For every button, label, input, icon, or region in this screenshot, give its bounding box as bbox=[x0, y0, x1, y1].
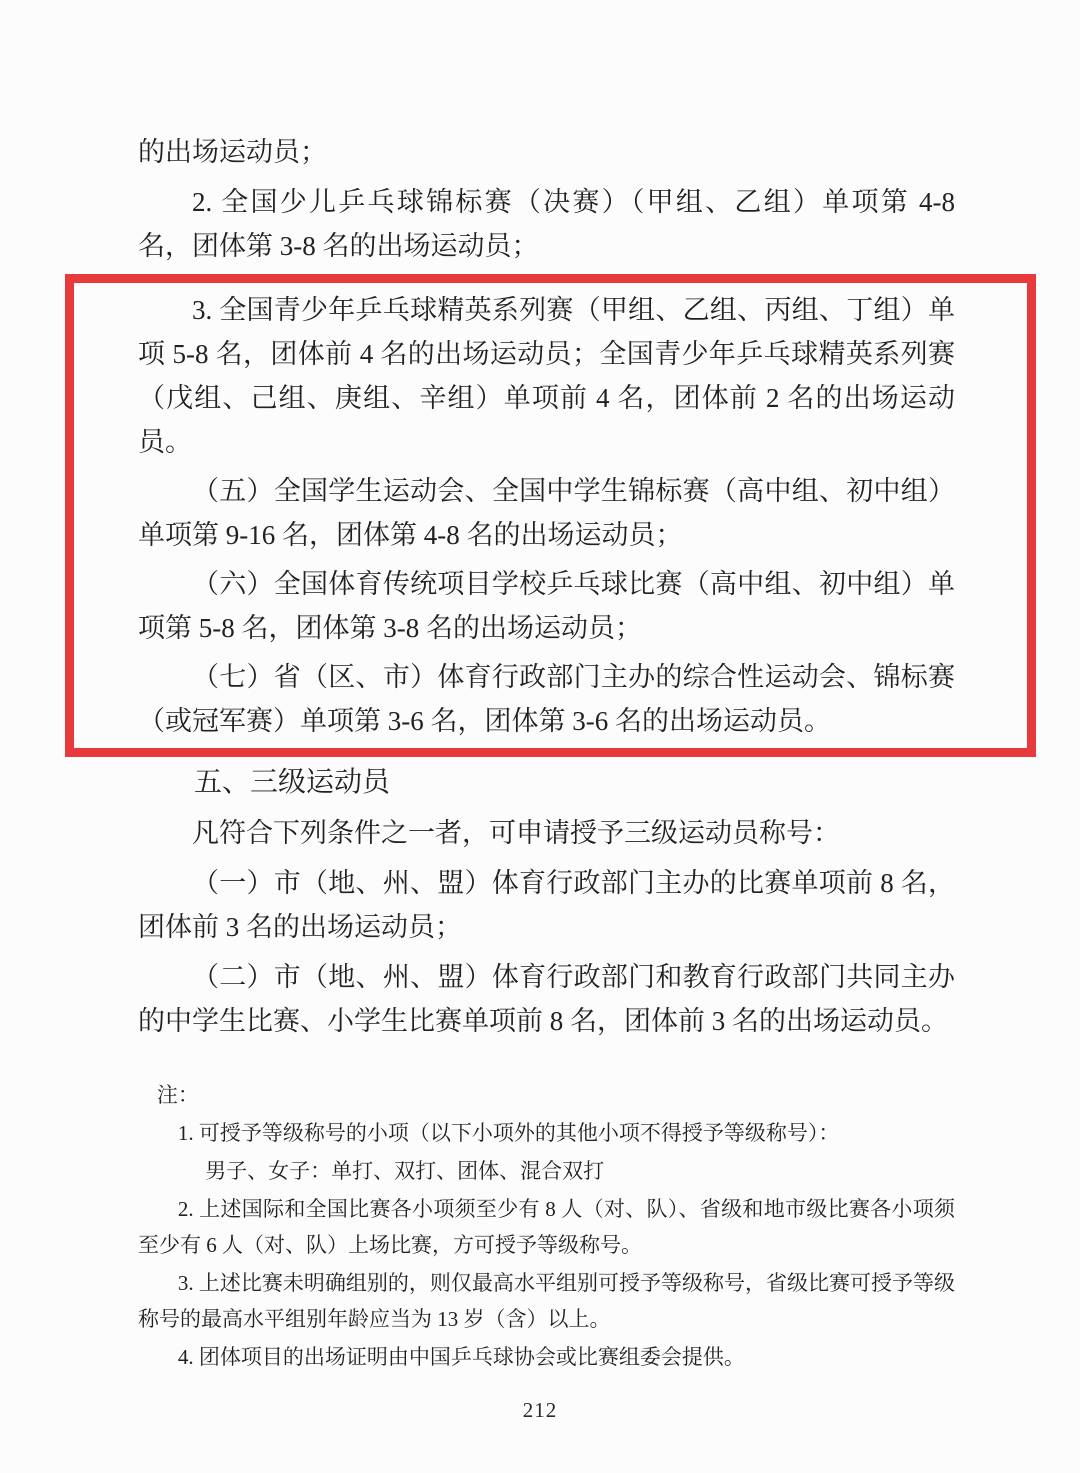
paragraph-continuation: 的出场运动员； bbox=[138, 130, 955, 174]
paragraph-section-item-1: （一）市（地、州、盟）体育行政部门主办的比赛单项前 8 名，团体前 3 名的出场… bbox=[138, 861, 955, 949]
notes-label: 注： bbox=[138, 1077, 955, 1113]
highlight-annotation-box: 3. 全国青少年乒乓球精英系列赛（甲组、乙组、丙组、丁组）单项 5-8 名，团体… bbox=[65, 274, 1036, 757]
paragraph-item-2: 2. 全国少儿乒乓球锦标赛（决赛）（甲组、乙组）单项第 4-8 名，团体第 3-… bbox=[138, 180, 955, 268]
note-item-1: 1. 可授予等级称号的小项（以下小项外的其他小项不得授予等级称号）： bbox=[138, 1115, 955, 1151]
section-heading: 五、三级运动员 bbox=[138, 761, 955, 805]
page-number: 212 bbox=[0, 1398, 1080, 1423]
notes-section: 注： 1. 可授予等级称号的小项（以下小项外的其他小项不得授予等级称号）： 男子… bbox=[0, 1077, 1080, 1375]
note-item-4: 4. 团体项目的出场证明由中国乒乓球协会或比赛组委会提供。 bbox=[138, 1339, 955, 1375]
section-intro: 凡符合下列条件之一者，可申请授予三级运动员称号： bbox=[138, 811, 955, 855]
note-item-2: 2. 上述国际和全国比赛各小项须至少有 8 人（对、队）、省级和地市级比赛各小项… bbox=[138, 1191, 955, 1263]
document-page: 的出场运动员； 2. 全国少儿乒乓球锦标赛（决赛）（甲组、乙组）单项第 4-8 … bbox=[0, 0, 1080, 1473]
paragraph-item-6: （六）全国体育传统项目学校乒乓球比赛（高中组、初中组）单项第 5-8 名，团体第… bbox=[138, 562, 955, 650]
paragraph-item-7: （七）省（区、市）体育行政部门主办的综合性运动会、锦标赛（或冠军赛）单项第 3-… bbox=[138, 655, 955, 743]
note-item-1-sub: 男子、女子：单打、双打、团体、混合双打 bbox=[138, 1153, 955, 1189]
paragraph-item-5: （五）全国学生运动会、全国中学生锦标赛（高中组、初中组）单项第 9-16 名，团… bbox=[138, 469, 955, 557]
note-item-3: 3. 上述比赛未明确组别的，则仅最高水平组别可授予等级称号，省级比赛可授予等级称… bbox=[138, 1265, 955, 1337]
paragraph-item-3: 3. 全国青少年乒乓球精英系列赛（甲组、乙组、丙组、丁组）单项 5-8 名，团体… bbox=[138, 288, 955, 464]
document-body: 的出场运动员； 2. 全国少儿乒乓球锦标赛（决赛）（甲组、乙组）单项第 4-8 … bbox=[0, 0, 1080, 1043]
paragraph-section-item-2: （二）市（地、州、盟）体育行政部门和教育行政部门共同主办的中学生比赛、小学生比赛… bbox=[138, 955, 955, 1043]
